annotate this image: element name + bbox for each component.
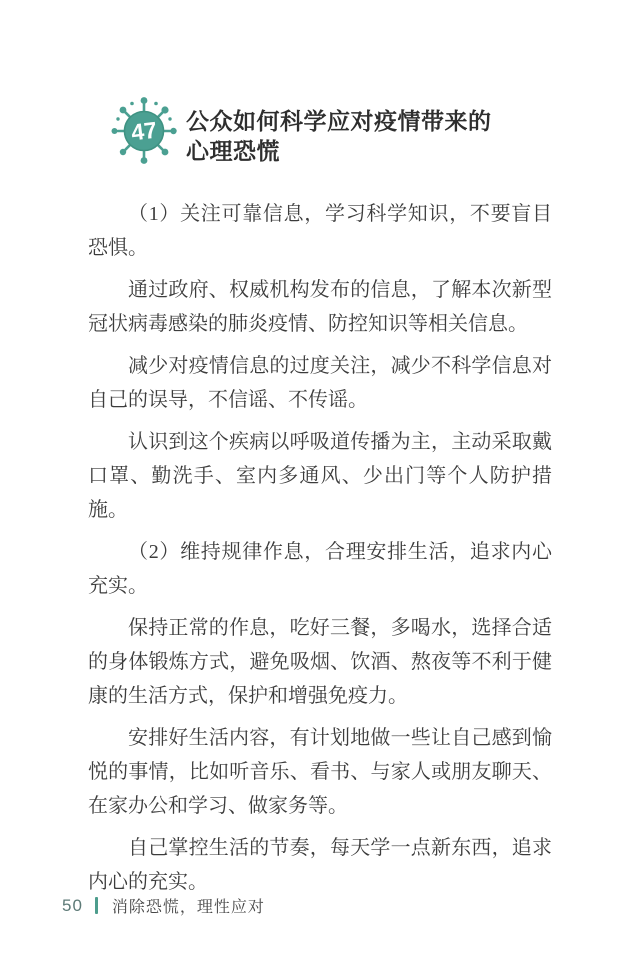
body-paragraph: 安排好生活内容，有计划地做一些让自己感到愉悦的事情，比如听音乐、看书、与家人或朋… <box>88 721 552 823</box>
section-title: 公众如何科学应对疫情带来的心理恐慌 <box>186 106 502 166</box>
body-content: （1）关注可靠信息，学习科学知识，不要盲目恐惧。 通过政府、权威机构发布的信息，… <box>88 197 552 907</box>
body-paragraph: 通过政府、权威机构发布的信息，了解本次新型冠状病毒感染的肺炎疫情、防控知识等相关… <box>88 273 552 341</box>
book-title: 消除恐慌，理性应对 <box>112 894 265 917</box>
body-paragraph: 自己掌控生活的节奏，每天学一点新东西，追求内心的充实。 <box>88 831 552 899</box>
body-paragraph: 减少对疫情信息的过度关注，减少不科学信息对自己的误导，不信谣、不传谣。 <box>88 349 552 417</box>
section-header: 47 公众如何科学应对疫情带来的心理恐慌 <box>108 92 502 181</box>
page-footer: 50 消除恐慌，理性应对 <box>62 894 265 917</box>
page-number: 50 <box>62 896 83 916</box>
section-number: 47 <box>130 117 159 146</box>
body-paragraph: （1）关注可靠信息，学习科学知识，不要盲目恐惧。 <box>88 197 552 265</box>
body-paragraph: 保持正常的作息，吃好三餐，多喝水，选择合适的身体锻炼方式，避免吸烟、饮酒、熬夜等… <box>88 611 552 713</box>
book-page: 47 公众如何科学应对疫情带来的心理恐慌 （1）关注可靠信息，学习科学知识，不要… <box>0 0 640 960</box>
footer-divider-bar <box>95 897 98 914</box>
body-paragraph: （2）维持规律作息，合理安排生活，追求内心充实。 <box>88 535 552 603</box>
virus-icon: 47 <box>108 92 180 170</box>
body-paragraph: 认识到这个疾病以呼吸道传播为主，主动采取戴口罩、勤洗手、室内多通风、少出门等个人… <box>88 425 552 527</box>
